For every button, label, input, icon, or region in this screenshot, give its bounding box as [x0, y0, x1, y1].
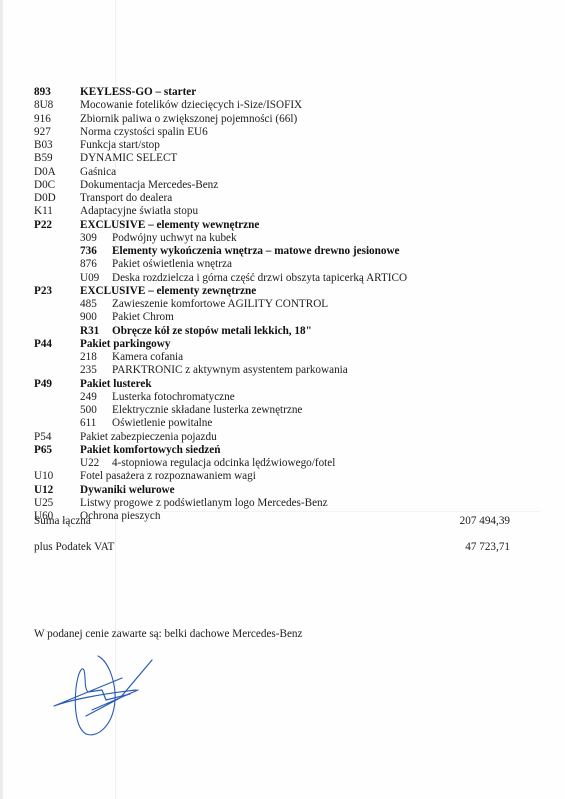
option-label: Oświetlenie powitalne — [112, 417, 212, 430]
option-label: Pakiet zabezpieczenia pojazdu — [80, 431, 217, 444]
option-code: B59 — [34, 152, 53, 165]
list-item: D0AGaśnica — [34, 166, 554, 179]
option-code: 235 — [80, 364, 97, 377]
list-item: U12Dywaniki welurowe — [34, 484, 554, 497]
option-label: EXCLUSIVE – elementy wewnętrzne — [80, 219, 259, 232]
total-value: 207 494,39 — [460, 515, 510, 527]
option-label: Zawieszenie komfortowe AGILITY CONTROL — [112, 298, 328, 311]
list-item: 900Pakiet Chrom — [34, 311, 554, 324]
list-item: U10Fotel pasażera z rozpoznawaniem wagi — [34, 470, 554, 483]
option-code: 916 — [34, 113, 51, 126]
option-code: U12 — [34, 484, 53, 497]
list-item: 249Lusterka fotochromatyczne — [34, 391, 554, 404]
option-code: D0A — [34, 166, 56, 179]
option-code: 485 — [80, 298, 97, 311]
option-code: P44 — [34, 338, 52, 351]
list-item: U224-stopniowa regulacja odcinka lędźwio… — [34, 457, 554, 470]
option-code: R31 — [80, 325, 99, 338]
option-label: Transport do dealera — [80, 192, 172, 205]
list-item: R31Obręcze kół ze stopów metali lekkich,… — [34, 325, 554, 338]
list-item: U25Listwy progowe z podświetlanym logo M… — [34, 497, 554, 510]
list-item: P54Pakiet zabezpieczenia pojazdu — [34, 431, 554, 444]
option-label: Zbiornik paliwa o zwiększonej pojemności… — [80, 113, 297, 126]
option-label: 4-stopniowa regulacja odcinka lędźwioweg… — [112, 457, 335, 470]
option-code: 309 — [80, 232, 97, 245]
vat-value: 47 723,71 — [465, 541, 510, 553]
option-label: Norma czystości spalin EU6 — [80, 126, 208, 139]
list-item: 8U8Mocowanie fotelików dziecięcych i-Siz… — [34, 99, 554, 112]
signature-icon — [40, 648, 180, 748]
option-code: P54 — [34, 431, 51, 444]
total-label: Suma łączna — [34, 515, 91, 527]
option-code: D0D — [34, 192, 56, 205]
list-item: 736Elementy wykończenia wnętrza – matowe… — [34, 245, 554, 258]
option-label: Listwy progowe z podświetlanym logo Merc… — [80, 497, 328, 510]
included-note: W podanej cenie zawarte są: belki dachow… — [34, 628, 302, 640]
list-item: B03Funkcja start/stop — [34, 139, 554, 152]
option-label: Adaptacyjne światła stopu — [80, 205, 198, 218]
option-code: 500 — [80, 404, 97, 417]
option-code: 900 — [80, 311, 97, 324]
option-code: 611 — [80, 417, 96, 430]
option-code: P49 — [34, 378, 52, 391]
option-label: Pakiet komfortowych siedzeń — [80, 444, 220, 457]
option-label: Obręcze kół ze stopów metali lekkich, 18… — [112, 325, 312, 338]
option-code: K11 — [34, 205, 53, 218]
option-code: U09 — [80, 272, 99, 285]
list-item: 218Kamera cofania — [34, 351, 554, 364]
option-code: U10 — [34, 470, 53, 483]
option-label: Dokumentacja Mercedes-Benz — [80, 179, 218, 192]
option-code: 736 — [80, 245, 97, 258]
option-label: Gaśnica — [80, 166, 116, 179]
option-code: U25 — [34, 497, 53, 510]
option-code: 893 — [34, 86, 51, 99]
option-label: Lusterka fotochromatyczne — [112, 391, 235, 404]
option-label: Deska rozdzielcza i górna część drzwi ob… — [112, 272, 407, 285]
list-item: 893KEYLESS-GO – starter — [34, 86, 554, 99]
list-item: U09Deska rozdzielcza i górna część drzwi… — [34, 272, 554, 285]
option-label: Funkcja start/stop — [80, 139, 160, 152]
option-code: P65 — [34, 444, 52, 457]
list-item: 309Podwójny uchwyt na kubek — [34, 232, 554, 245]
option-label: Elementy wykończenia wnętrza – matowe dr… — [112, 245, 400, 258]
list-item: P65Pakiet komfortowych siedzeń — [34, 444, 554, 457]
option-label: EXCLUSIVE – elementy zewnętrzne — [80, 285, 256, 298]
list-item: 611Oświetlenie powitalne — [34, 417, 554, 430]
list-item: P44Pakiet parkingowy — [34, 338, 554, 351]
scan-edge-shadow — [0, 0, 3, 799]
option-label: Mocowanie fotelików dziecięcych i-Size/I… — [80, 99, 302, 112]
option-code: P22 — [34, 219, 52, 232]
option-label: Fotel pasażera z rozpoznawaniem wagi — [80, 470, 256, 483]
list-item: D0DTransport do dealera — [34, 192, 554, 205]
faint-divider — [140, 511, 540, 512]
list-item: 927Norma czystości spalin EU6 — [34, 126, 554, 139]
option-code: P23 — [34, 285, 52, 298]
vat-label: plus Podatek VAT — [34, 541, 114, 553]
option-label: Pakiet lusterek — [80, 378, 152, 391]
option-code: 249 — [80, 391, 97, 404]
option-label: DYNAMIC SELECT — [80, 152, 177, 165]
list-item: P49Pakiet lusterek — [34, 378, 554, 391]
list-item: D0CDokumentacja Mercedes-Benz — [34, 179, 554, 192]
document-page: 893KEYLESS-GO – starter8U8Mocowanie fote… — [0, 0, 565, 799]
option-code: 876 — [80, 258, 97, 271]
option-label: Elektrycznie składane lusterka zewnętrzn… — [112, 404, 302, 417]
option-code: 218 — [80, 351, 97, 364]
option-label: KEYLESS-GO – starter — [80, 86, 196, 99]
option-code: U22 — [80, 457, 99, 470]
option-list: 893KEYLESS-GO – starter8U8Mocowanie fote… — [34, 86, 554, 523]
list-item: 916Zbiornik paliwa o zwiększonej pojemno… — [34, 113, 554, 126]
list-item: 500Elektrycznie składane lusterka zewnęt… — [34, 404, 554, 417]
option-code: D0C — [34, 179, 55, 192]
option-label: Kamera cofania — [112, 351, 183, 364]
option-code: 8U8 — [34, 99, 53, 112]
option-code: B03 — [34, 139, 53, 152]
list-item: P23EXCLUSIVE – elementy zewnętrzne — [34, 285, 554, 298]
option-label: Pakiet parkingowy — [80, 338, 170, 351]
list-item: K11Adaptacyjne światła stopu — [34, 205, 554, 218]
option-label: PARKTRONIC z aktywnym asystentem parkowa… — [112, 364, 348, 377]
option-label: Podwójny uchwyt na kubek — [112, 232, 237, 245]
option-label: Pakiet oświetlenia wnętrza — [112, 258, 232, 271]
list-item: 235PARKTRONIC z aktywnym asystentem park… — [34, 364, 554, 377]
option-label: Dywaniki welurowe — [80, 484, 175, 497]
list-item: 485Zawieszenie komfortowe AGILITY CONTRO… — [34, 298, 554, 311]
list-item: B59DYNAMIC SELECT — [34, 152, 554, 165]
list-item: 876Pakiet oświetlenia wnętrza — [34, 258, 554, 271]
option-code: 927 — [34, 126, 51, 139]
option-label: Pakiet Chrom — [112, 311, 174, 324]
list-item: P22EXCLUSIVE – elementy wewnętrzne — [34, 219, 554, 232]
